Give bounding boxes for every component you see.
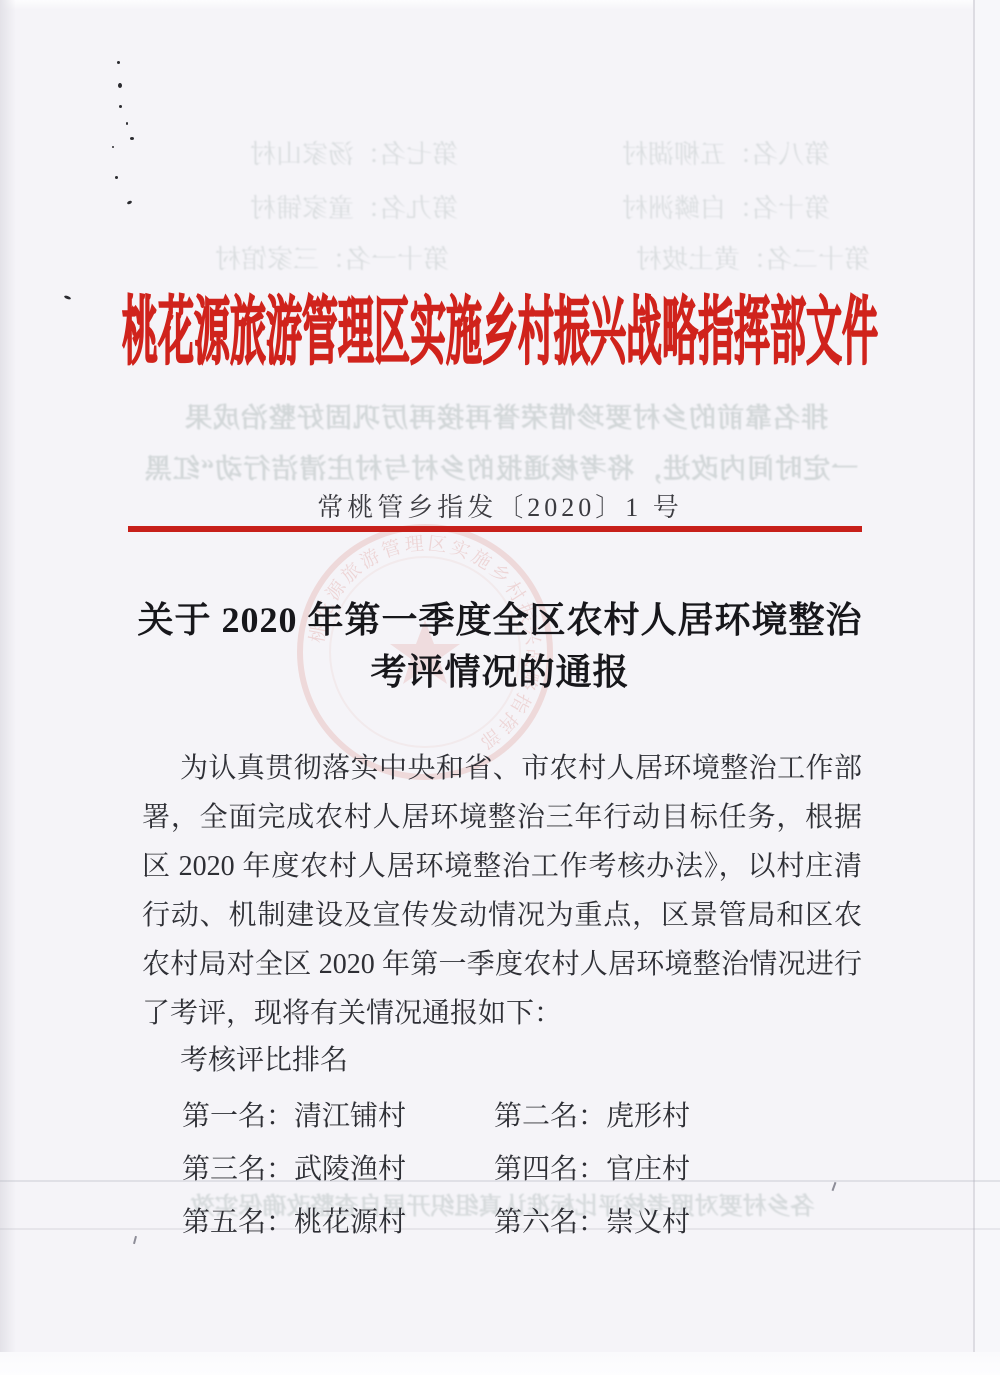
bleedthrough-text: 排名靠前的乡村要珍惜荣誉再接再厉巩固好整治成果 (184, 403, 828, 433)
page-edge-bottom (0, 1352, 1000, 1375)
bleedthrough-text: 第十二名：黄土坡村 (636, 239, 870, 276)
scanned-document-page: 第八名：五柳湖村 第七名：汤家山村 第十名：白鳞洲村 第九名：童家铺村 第十二名… (0, 0, 1000, 1375)
scan-speck (112, 146, 114, 148)
scan-speck (130, 137, 134, 140)
scan-speck (127, 200, 133, 205)
paragraph-line: 了考评，现将有关情况通报如下： (142, 989, 862, 1038)
scan-speck (115, 176, 118, 179)
bleedthrough-text: 第九名：童家铺村 (250, 188, 458, 225)
page-edge-top (0, 0, 1000, 10)
paragraph-line: 署，全面完成农村人居环境整治三年行动目标任务，根据《全 (142, 793, 862, 842)
paragraph-line: 行动、机制建设及宣传发动情况为重点，区景管局和区农业 (142, 891, 862, 940)
ranking-cell: 第二名：虎形村 (494, 1101, 690, 1132)
scan-speck (119, 105, 122, 108)
scan-speck (117, 61, 120, 64)
body-paragraph: 为认真贯彻落实中央和省、市农村人居环境整治工作部 署，全面完成农村人居环境整治三… (142, 744, 862, 1038)
paragraph-line: 农村局对全区 2020 年第一季度农村人居环境整治情况进行 (142, 940, 862, 989)
ranking-row: 第一名：清江铺村 第二名：虎形村 (182, 1090, 862, 1143)
ranking-cell: 第四名：官庄村 (494, 1154, 690, 1185)
ranking-row: 第三名：武陵渔村 第四名：官庄村 (182, 1143, 862, 1196)
ranking-list: 第一名：清江铺村 第二名：虎形村 第三名：武陵渔村 第四名：官庄村 第五名：桃花… (182, 1090, 862, 1249)
red-separator-rule (128, 526, 862, 532)
bleedthrough-line: 第十二名：黄土坡村 第十一名：三家馆村 (215, 239, 870, 276)
ranking-cell: 第三名：武陵渔村 (182, 1143, 487, 1196)
document-title-line-1: 关于 2020 年第一季度全区农村人居环境整治 (0, 594, 1000, 646)
scan-speck (126, 122, 128, 125)
bleedthrough-text: 第十一名：三家馆村 (215, 239, 449, 276)
bleedthrough-line: 第八名：五柳湖村 第七名：汤家山村 (250, 134, 830, 171)
masthead-title: 桃花源旅游管理区实施乡村振兴战略指挥部文件 (122, 296, 878, 370)
ranking-cell: 第六名：崇义村 (494, 1207, 690, 1238)
document-title: 关于 2020 年第一季度全区农村人居环境整治 考评情况的通报 (0, 594, 1000, 698)
ranking-cell: 第五名：桃花源村 (182, 1196, 487, 1249)
bleedthrough-text: 第七名：汤家山村 (250, 134, 458, 171)
bleedthrough-text: 一定时间内改进，将考核通报的乡村与村庄清洁行动“红黑 (144, 454, 859, 484)
document-title-line-2: 考评情况的通报 (0, 646, 1000, 698)
paragraph-line: 区 2020 年度农村人居环境整治工作考核办法》，以村庄清洁 (142, 842, 862, 891)
scan-speck (133, 1236, 137, 1244)
section-heading: 考核评比排名 (180, 1036, 348, 1085)
bleedthrough-text: 第十名：白鳞洲村 (622, 188, 830, 225)
paragraph-line: 为认真贯彻落实中央和省、市农村人居环境整治工作部 (142, 744, 862, 793)
bleedthrough-line: 第十名：白鳞洲村 第九名：童家铺村 (250, 188, 830, 225)
scan-speck (118, 83, 122, 88)
scan-speck (64, 295, 72, 300)
bleedthrough-text: 第八名：五柳湖村 (622, 134, 830, 171)
doc-number: 常桃管乡指发〔2020〕1 号 (0, 487, 1000, 524)
bleedthrough-line: 排名靠前的乡村要珍惜荣誉再接再厉巩固好整治成果 (150, 396, 862, 435)
bleedthrough-line: 一定时间内改进，将考核通报的乡村与村庄清洁行动“红黑 (132, 447, 870, 486)
ranking-row: 第五名：桃花源村 第六名：崇义村 (182, 1196, 862, 1249)
ranking-cell: 第一名：清江铺村 (182, 1090, 487, 1143)
